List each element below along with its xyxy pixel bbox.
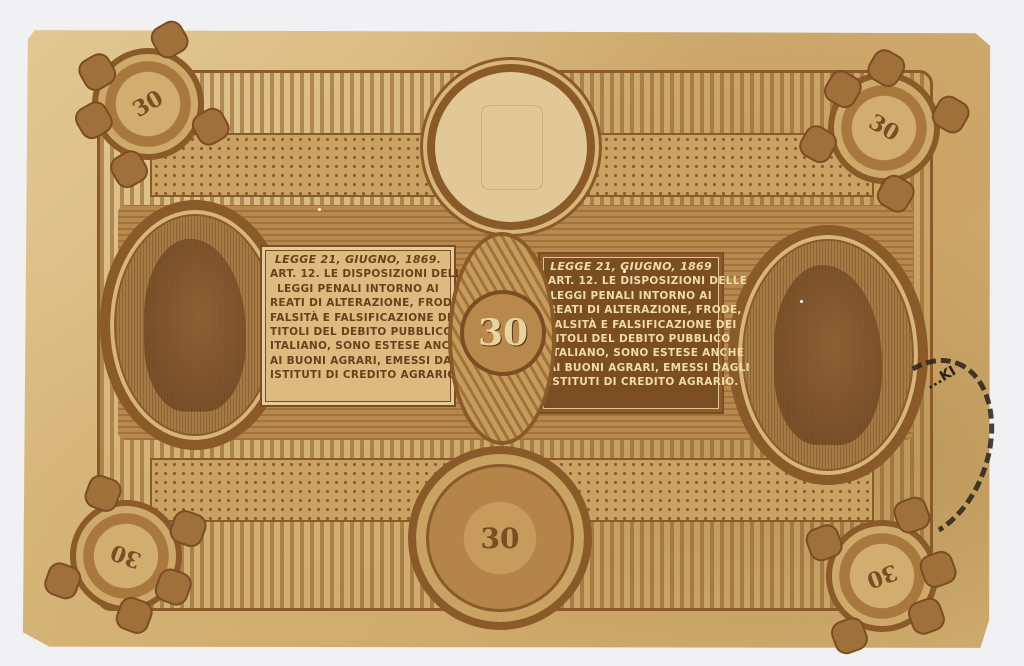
center-denomination: 30 [460,290,546,376]
legal-line: LEGGI PENALI INTORNO AI [548,289,714,303]
legal-line: ART. 12. LE DISPOSIZIONI DELLE [270,267,446,281]
corner-denomination: 30 [863,559,901,594]
legal-line: AI BUONI AGRARI, EMESSI DAGLI [270,354,446,368]
legal-line: AI BUONI AGRARI, EMESSI DAGLI [548,361,714,375]
bottom-denomination-seal: 30 [408,446,592,630]
legal-line: ITALIANO, SONO ESTESE ANCHE [270,339,446,353]
corner-denomination: 30 [864,109,904,147]
female-profile-portrait-icon [144,239,246,412]
legal-line: REATI DI ALTERAZIONE, FRODE, [270,296,446,310]
legal-line: ISTITUTI DI CREDITO AGRARIO. [548,375,714,389]
watermark-shield-icon [481,105,544,190]
legal-line: FALSITÀ E FALSIFICAZIONE DEI [270,311,446,325]
legal-title: LEGGE 21, GIUGNO, 1869. [270,253,446,267]
legal-text-right: LEGGE 21, GIUGNO, 1869 ART. 12. LE DISPO… [538,252,724,414]
legal-line: LEGGI PENALI INTORNO AI [270,282,446,296]
legal-line: ITALIANO, SONO ESTESE ANCHE [548,346,714,360]
legal-line: FALSITÀ E FALSIFICAZIONE DEI [548,318,714,332]
legal-line: ART. 12. LE DISPOSIZIONI DELLE [548,274,714,288]
legal-line: TITOLI DEL DEBITO PUBBLICO [548,332,714,346]
legal-text-left: LEGGE 21, GIUGNO, 1869. ART. 12. LE DISP… [260,245,456,407]
pinhole [800,300,803,303]
legal-line: TITOLI DEL DEBITO PUBBLICO [270,325,446,339]
legal-line: REATI DI ALTERAZIONE, FRODE, [548,303,714,317]
female-profile-portrait-icon [774,265,882,445]
legal-title: LEGGE 21, GIUGNO, 1869 [548,260,714,274]
pinhole [318,208,321,211]
corner-denomination: 30 [107,539,145,574]
corner-denomination: 30 [128,85,168,123]
legal-line: ISTITUTI DI CREDITO AGRARIO. [270,368,446,382]
watermark-window [427,64,595,230]
pinhole [623,270,626,273]
